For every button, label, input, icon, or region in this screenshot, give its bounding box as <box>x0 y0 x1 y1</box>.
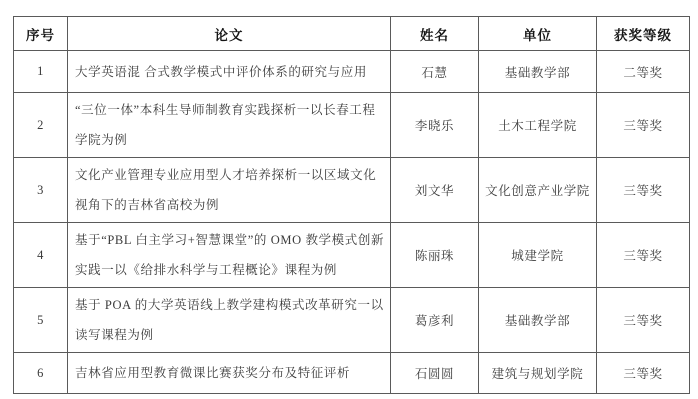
award-level: 三等奖 <box>597 288 690 353</box>
row-number: 6 <box>14 353 68 394</box>
table-body: 1 大学英语混 合式教学模式中评价体系的研究与应用 石慧 基础教学部 二等奖 2… <box>14 51 690 394</box>
table-row: 1 大学英语混 合式教学模式中评价体系的研究与应用 石慧 基础教学部 二等奖 <box>14 51 690 93</box>
paper-title: “三位一体”本科生导师制教育实践探析一以长春工程学院为例 <box>68 93 391 158</box>
row-number: 2 <box>14 93 68 158</box>
row-number: 4 <box>14 223 68 288</box>
table-row: 6 吉林省应用型教育微课比赛获奖分布及特征评析 石圆圆 建筑与规划学院 三等奖 <box>14 353 690 394</box>
author-name: 葛彦利 <box>391 288 479 353</box>
unit-name: 基础教学部 <box>479 51 597 93</box>
table-row: 3 文化产业管理专业应用型人才培养探析一以区域文化视角下的吉林省高校为例 刘文华… <box>14 158 690 223</box>
unit-name: 土木工程学院 <box>479 93 597 158</box>
row-number: 5 <box>14 288 68 353</box>
column-header-unit: 单位 <box>479 17 597 51</box>
award-table: 序号 论文 姓名 单位 获奖等级 1 大学英语混 合式教学模式中评价体系的研究与… <box>13 16 690 394</box>
unit-name: 建筑与规划学院 <box>479 353 597 394</box>
page: 序号 论文 姓名 单位 获奖等级 1 大学英语混 合式教学模式中评价体系的研究与… <box>0 0 698 399</box>
table-row: 4 基于“PBL 白主学习+智慧课堂”的 OMO 教学模式创新实践一以《给排水科… <box>14 223 690 288</box>
award-level: 三等奖 <box>597 223 690 288</box>
column-header-award: 获奖等级 <box>597 17 690 51</box>
author-name: 石慧 <box>391 51 479 93</box>
column-header-name: 姓名 <box>391 17 479 51</box>
award-level: 三等奖 <box>597 158 690 223</box>
paper-title: 吉林省应用型教育微课比赛获奖分布及特征评析 <box>68 353 391 394</box>
paper-title: 基于 POA 的大学英语线上教学建构模式改革研究一以读写课程为例 <box>68 288 391 353</box>
row-number: 1 <box>14 51 68 93</box>
author-name: 石圆圆 <box>391 353 479 394</box>
award-level: 三等奖 <box>597 353 690 394</box>
award-level: 三等奖 <box>597 93 690 158</box>
author-name: 陈丽珠 <box>391 223 479 288</box>
header-row: 序号 论文 姓名 单位 获奖等级 <box>14 17 690 51</box>
unit-name: 基础教学部 <box>479 288 597 353</box>
row-number: 3 <box>14 158 68 223</box>
paper-title: 文化产业管理专业应用型人才培养探析一以区域文化视角下的吉林省高校为例 <box>68 158 391 223</box>
table-row: 5 基于 POA 的大学英语线上教学建构模式改革研究一以读写课程为例 葛彦利 基… <box>14 288 690 353</box>
table-header: 序号 论文 姓名 单位 获奖等级 <box>14 17 690 51</box>
column-header-paper: 论文 <box>68 17 391 51</box>
author-name: 李晓乐 <box>391 93 479 158</box>
column-header-no: 序号 <box>14 17 68 51</box>
unit-name: 文化创意产业学院 <box>479 158 597 223</box>
unit-name: 城建学院 <box>479 223 597 288</box>
paper-title: 大学英语混 合式教学模式中评价体系的研究与应用 <box>68 51 391 93</box>
paper-title: 基于“PBL 白主学习+智慧课堂”的 OMO 教学模式创新实践一以《给排水科学与… <box>68 223 391 288</box>
table-row: 2 “三位一体”本科生导师制教育实践探析一以长春工程学院为例 李晓乐 土木工程学… <box>14 93 690 158</box>
author-name: 刘文华 <box>391 158 479 223</box>
award-level: 二等奖 <box>597 51 690 93</box>
